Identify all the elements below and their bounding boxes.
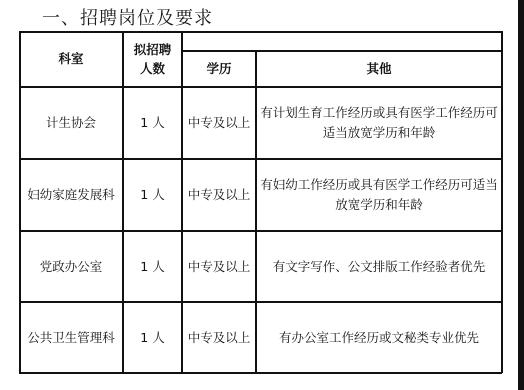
- cell-education: 中专及以上: [182, 87, 256, 159]
- header-count: 拟招聘 人数: [123, 31, 182, 87]
- cell-count: 1 人: [123, 231, 182, 302]
- cell-department: 妇幼家庭发展科: [19, 159, 123, 231]
- edge-bar: [518, 0, 524, 390]
- cell-department: 党政办公室: [19, 231, 123, 302]
- cell-other: 有妇幼工作经历或具有医学工作经历可适当放宽学历和年龄: [256, 159, 502, 231]
- cell-other: 有计划生育工作经历或具有医学工作经历可适当放宽学历和年龄: [256, 87, 502, 159]
- header-education: 学历: [182, 51, 256, 87]
- cell-education: 中专及以上: [182, 231, 256, 302]
- cell-department: 计生协会: [19, 87, 123, 159]
- recruitment-table: 科室 拟招聘 人数 学历 其他 计生协会 1 人 中专及以上 有计划生育工作经历…: [19, 31, 502, 373]
- cell-count: 1 人: [123, 87, 182, 159]
- cell-education: 中专及以上: [182, 159, 256, 231]
- header-other: 其他: [256, 51, 502, 87]
- cell-education: 中专及以上: [182, 302, 256, 373]
- cell-other: 有文字写作、公文排版工作经验者优先: [256, 231, 502, 302]
- cell-count: 1 人: [123, 159, 182, 231]
- cell-department: 公共卫生管理科: [19, 302, 123, 373]
- cell-other: 有办公室工作经历或文秘类专业优先: [256, 302, 502, 373]
- header-department: 科室: [19, 31, 123, 87]
- section-title: 一、招聘岗位及要求: [42, 4, 213, 30]
- cell-count: 1 人: [123, 302, 182, 373]
